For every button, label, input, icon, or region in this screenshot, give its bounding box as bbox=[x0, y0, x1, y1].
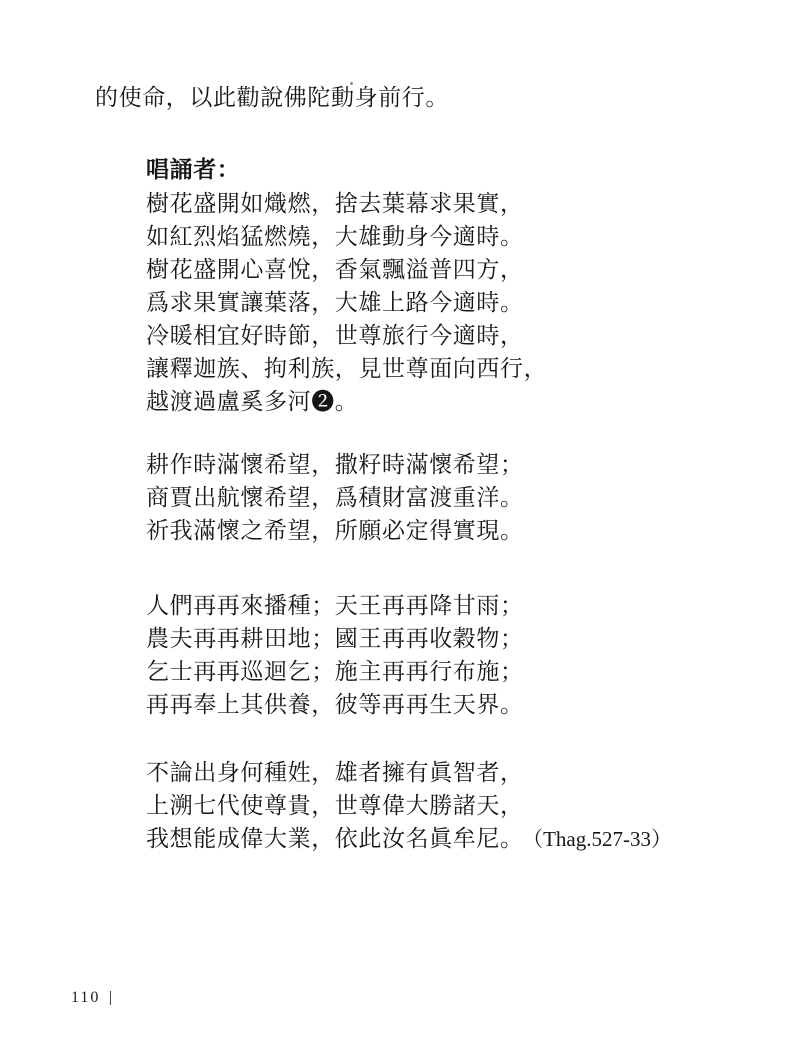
verse-line-text: 我想能成偉大業，依此汝名眞牟尼。 bbox=[146, 826, 524, 851]
verse-line: 再再奉上其供養，彼等再再生天界。 bbox=[146, 688, 524, 721]
stanza-1: 樹花盛開如熾燃，捨去葉幕求果實， 如紅烈焰猛燃燒，大雄動身今適時。 樹花盛開心喜… bbox=[146, 187, 547, 418]
footer-divider bbox=[110, 991, 111, 1005]
verse-line: 上溯七代使尊貴，世尊偉大勝諸天， bbox=[146, 789, 672, 822]
book-page: 的使命，以此勸說佛陀動身前行。 唱誦者： 樹花盛開如熾燃，捨去葉幕求果實， 如紅… bbox=[0, 0, 792, 1056]
verse-line: 爲求果實讓葉落，大雄上路今適時。 bbox=[146, 286, 547, 319]
verse-line: 樹花盛開心喜悅，香氣飄溢普四方， bbox=[146, 253, 547, 286]
verse-line: 農夫再再耕田地；國王再再收穀物； bbox=[146, 622, 524, 655]
scripture-citation: （Thag.527-33） bbox=[533, 827, 672, 851]
stanza-3: 人們再再來播種；天王再再降甘雨； 農夫再再耕田地；國王再再收穀物； 乞士再再巡迴… bbox=[146, 589, 524, 721]
verse-heading: 唱誦者： bbox=[146, 153, 240, 186]
verse-line: 不論出身何種姓，雄者擁有眞智者， bbox=[146, 756, 672, 789]
stanza-2: 耕作時滿懷希望，撒籽時滿懷希望； 商賈出航懷希望，爲積財富渡重洋。 祈我滿懷之希… bbox=[146, 448, 524, 547]
verse-line-final: 我想能成偉大業，依此汝名眞牟尼。（Thag.527-33） bbox=[146, 822, 672, 856]
verse-line: 耕作時滿懷希望，撒籽時滿懷希望； bbox=[146, 448, 524, 481]
verse-line: 如紅烈焰猛燃燒，大雄動身今適時。 bbox=[146, 220, 547, 253]
verse-line-with-footnote: 越渡過盧奚多河❷。 bbox=[146, 385, 547, 418]
page-number: 110 bbox=[71, 989, 100, 1007]
verse-line: 人們再再來播種；天王再再降甘雨； bbox=[146, 589, 524, 622]
verse-line: 祈我滿懷之希望，所願必定得實現。 bbox=[146, 514, 524, 547]
verse-line: 商賈出航懷希望，爲積財富渡重洋。 bbox=[146, 481, 524, 514]
paragraph-continuation: 的使命，以此勸說佛陀動身前行。 bbox=[95, 81, 449, 114]
verse-line: 樹花盛開如熾燃，捨去葉幕求果實， bbox=[146, 187, 547, 220]
stanza-4: 不論出身何種姓，雄者擁有眞智者， 上溯七代使尊貴，世尊偉大勝諸天， 我想能成偉大… bbox=[146, 756, 672, 856]
verse-line: 乞士再再巡迴乞；施主再再行布施； bbox=[146, 655, 524, 688]
verse-line: 冷暖相宜好時節，世尊旅行今適時， bbox=[146, 319, 547, 352]
page-footer: 110 bbox=[71, 989, 111, 1007]
verse-line: 讓釋迦族、拘利族，見世尊面向西行， bbox=[146, 352, 547, 385]
